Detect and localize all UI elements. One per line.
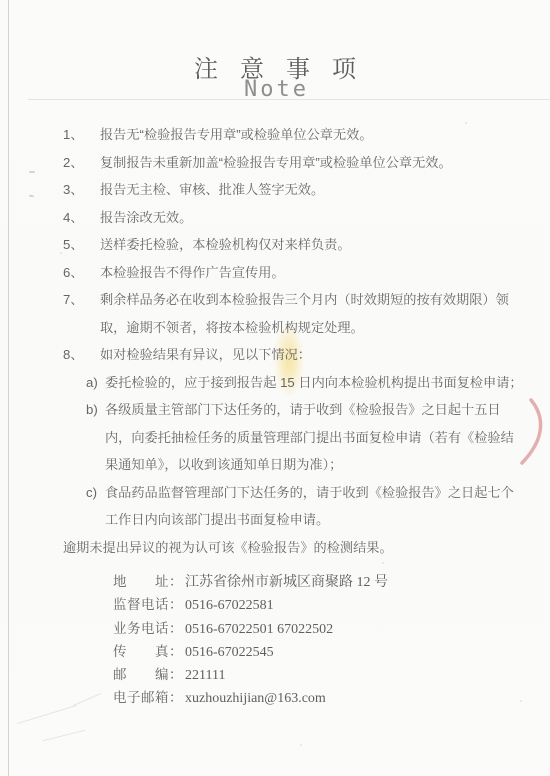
closing-statement: 逾期未提出异议的视为认可该《检验报告》的检测结果。: [0, 534, 550, 562]
note-item-4: 4、 报告涂改无效。: [0, 204, 550, 232]
note-number: 6、: [63, 259, 84, 287]
scan-speck: [300, 744, 302, 746]
contact-value: 0516-67022581: [185, 598, 274, 613]
subnote-item-c: c) 食品药品监督管理部门下达任务的，请于收到《检验报告》之日起七个工作日内向该…: [0, 479, 550, 534]
subnote-marker: a): [86, 369, 98, 397]
contact-row-business-phone: 业务电话：0516-67022501 67022502: [113, 618, 533, 641]
note-number: 3、: [63, 176, 84, 204]
subnote-text: 委托检验的，应于接到报告起 15 日内向本检验机构提出书面复检申请；: [105, 375, 523, 390]
subnote-item-b: b) 各级质量主管部门下达任务的，请于收到《检验报告》之日起十五日内，向委托抽检…: [0, 396, 550, 479]
contact-row-supervision-phone: 监督电话：0516-67022581: [113, 594, 533, 617]
note-number: 8、: [63, 341, 84, 369]
note-item-6: 6、 本检验报告不得作广告宣传用。: [0, 259, 550, 287]
contact-label: 监督电话：: [113, 597, 183, 612]
subnote-item-a: a) 委托检验的，应于接到报告起 15 日内向本检验机构提出书面复检申请；: [0, 369, 550, 397]
note-text: 报告涂改无效。: [100, 210, 192, 225]
note-text: 复制报告未重新加盖“检验报告专用章”或检验单位公章无效。: [100, 155, 452, 170]
contact-value: 江苏省徐州市新城区商聚路 12 号: [185, 575, 388, 590]
contact-label: 电子邮箱：: [113, 690, 183, 705]
scanned-note-page: 注意事项 Note 1、 报告无“检验报告专用章”或检验单位公章无效。 2、 复…: [0, 0, 550, 776]
note-item-1: 1、 报告无“检验报告专用章”或检验单位公章无效。: [0, 121, 550, 149]
note-item-2: 2、 复制报告未重新加盖“检验报告专用章”或检验单位公章无效。: [0, 149, 550, 177]
contact-block: 地 址：江苏省徐州市新城区商聚路 12 号 监督电话：0516-67022581…: [113, 571, 533, 711]
page-subtitle: Note: [0, 77, 550, 102]
contact-value: 221111: [185, 668, 225, 683]
contact-label: 邮 编：: [113, 667, 183, 682]
note-text: 本检验报告不得作广告宣传用。: [100, 265, 285, 280]
scan-speck: [382, 562, 384, 564]
contact-value: xuzhouzhijian@163.com: [185, 691, 326, 706]
note-text: 报告无主检、审核、批准人签字无效。: [100, 182, 324, 197]
note-text: 如对检验结果有异议，见以下情况：: [100, 347, 311, 362]
note-text: 送样委托检验，本检验机构仅对来样负责。: [100, 237, 351, 252]
contact-row-email: 电子邮箱：xuzhouzhijian@163.com: [113, 687, 533, 710]
contact-row-fax: 传 真：0516-67022545: [113, 641, 533, 664]
contact-label: 业务电话：: [113, 621, 183, 636]
note-number: 2、: [63, 149, 84, 177]
subnote-text: 食品药品监督管理部门下达任务的，请于收到《检验报告》之日起七个工作日内向该部门提…: [105, 485, 514, 528]
note-item-5: 5、 送样委托检验，本检验机构仅对来样负责。: [0, 231, 550, 259]
subnote-text: 各级质量主管部门下达任务的，请于收到《检验报告》之日起十五日内，向委托抽检任务的…: [105, 402, 514, 472]
subnote-marker: c): [86, 479, 97, 507]
contact-value: 0516-67022501 67022502: [185, 622, 333, 637]
notes-list: 1、 报告无“检验报告专用章”或检验单位公章无效。 2、 复制报告未重新加盖“检…: [0, 121, 550, 561]
note-text: 报告无“检验报告专用章”或检验单位公章无效。: [100, 127, 373, 142]
note-item-3: 3、 报告无主检、审核、批准人签字无效。: [0, 176, 550, 204]
note-item-8: 8、 如对检验结果有异议，见以下情况：: [0, 341, 550, 369]
note-number: 1、: [63, 121, 84, 149]
note-item-7: 7、 剩余样品务必在收到本检验报告三个月内（时效期短的按有效期限）领取，逾期不领…: [0, 286, 550, 341]
scan-smudge: [73, 693, 101, 706]
note-number: 5、: [63, 231, 84, 259]
contact-label: 传 真：: [113, 644, 183, 659]
contact-row-address: 地 址：江苏省徐州市新城区商聚路 12 号: [113, 571, 533, 594]
contact-row-postcode: 邮 编：221111: [113, 664, 533, 687]
contact-value: 0516-67022545: [185, 645, 274, 660]
scan-smudge: [43, 730, 86, 742]
note-text: 剩余样品务必在收到本检验报告三个月内（时效期短的按有效期限）领取，逾期不领者，将…: [100, 292, 509, 335]
note-number: 7、: [63, 286, 84, 314]
contact-label: 地 址：: [113, 574, 183, 589]
subnote-marker: b): [86, 396, 98, 424]
scan-smudge: [17, 705, 77, 724]
note-number: 4、: [63, 204, 84, 232]
